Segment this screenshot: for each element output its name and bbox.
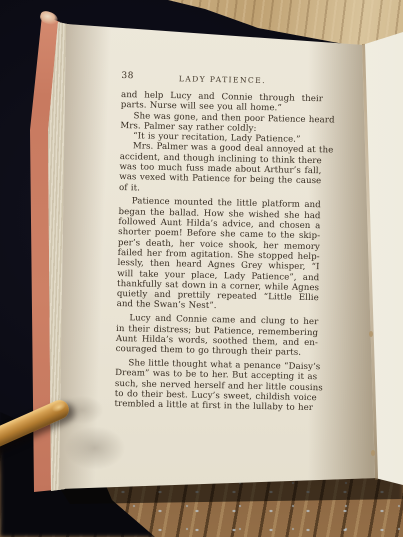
photo-scene: 38 LADY PATIENCE. and help Lucy and Conn…	[0, 0, 403, 537]
paragraph: She little thought what a penance “Daisy…	[114, 358, 317, 414]
paragraph: Patience mounted the little platform and…	[117, 196, 321, 313]
paragraph: Mrs. Palmer was a good deal annoyed at t…	[119, 142, 322, 198]
paragraph: Lucy and Connie came and clung to herin …	[116, 313, 319, 358]
running-title: LADY PATIENCE.	[121, 73, 323, 86]
fold-mark	[371, 450, 375, 456]
paragraphs: and help Lucy and Connie through theirpa…	[114, 90, 323, 414]
page-text-block: 38 LADY PATIENCE. and help Lucy and Conn…	[114, 70, 323, 414]
fold-mark	[369, 331, 373, 337]
